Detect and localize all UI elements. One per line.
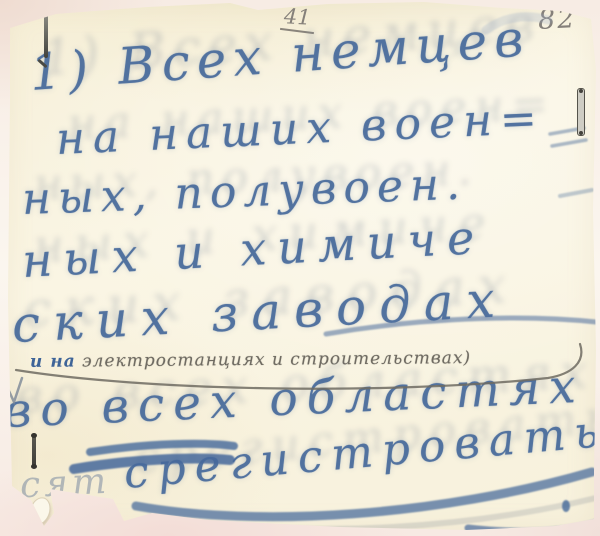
line3-dash: [560, 190, 592, 196]
handwriting-line-5: ских заводах: [11, 274, 509, 350]
edge-stain-small: [0, 190, 5, 197]
handwriting-line-1: 1) Всех немцев: [28, 13, 531, 98]
page-number-right: 82: [537, 5, 577, 34]
handwriting-line-3: ных, полувоен.: [21, 162, 467, 222]
insertion-blue-words: и на: [30, 352, 76, 372]
staple-bottom-left: [32, 435, 36, 467]
paper-sheet: 41 82 1) Всех немцев на наших воен= ных,…: [0, 0, 600, 536]
bottom-right-stroke: [468, 522, 598, 531]
edge-stain: [1, 48, 9, 59]
handwriting-line-2: на наших воен=: [55, 97, 546, 162]
staple-right: [577, 88, 585, 136]
staple-top-left: [44, 15, 48, 58]
handwriting-line-4: ных и химиче: [21, 214, 487, 284]
scanned-manuscript: 41 82 1) Всех немцев на наших воен= ных,…: [0, 0, 600, 536]
handwriting-line-7-faint: сят: [19, 464, 111, 505]
sweep-underline-echo: [180, 498, 596, 529]
final-dot: [562, 500, 570, 512]
